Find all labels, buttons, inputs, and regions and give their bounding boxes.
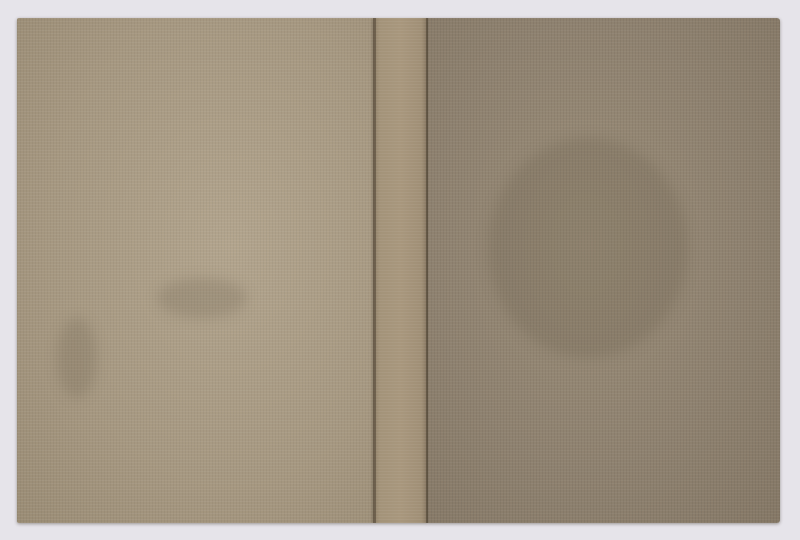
stain-mark <box>57 318 97 398</box>
stain-mark <box>488 138 688 358</box>
hinge-left <box>373 18 376 523</box>
front-cover <box>428 18 780 523</box>
book-binding-photo <box>0 0 800 540</box>
spine <box>373 18 428 523</box>
back-cover <box>17 18 373 523</box>
stain-mark <box>157 278 247 318</box>
